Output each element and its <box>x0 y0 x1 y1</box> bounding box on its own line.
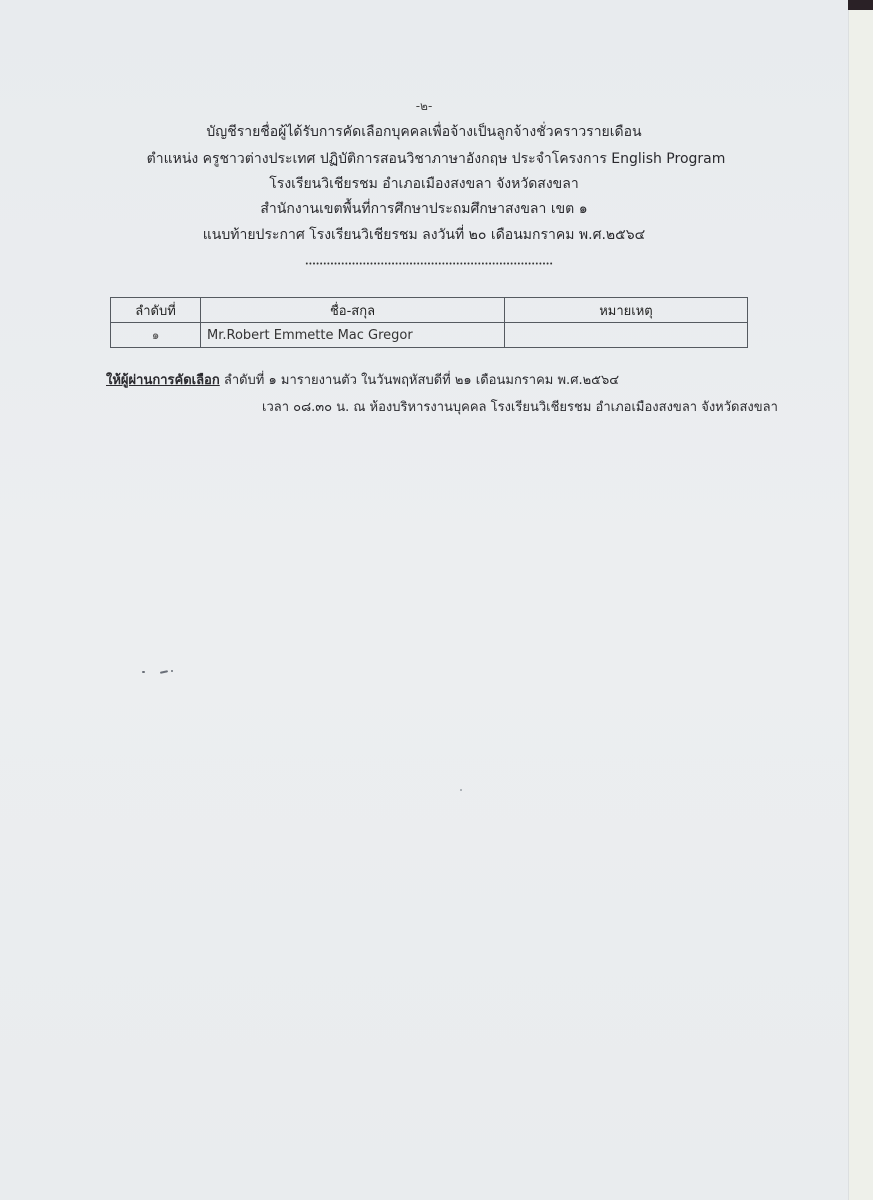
announcement-date-line: แนบท้ายประกาศ โรงเรียนวิเชียรชม ลงวันที่… <box>0 225 848 245</box>
scan-speck <box>142 671 145 673</box>
table-row: ๑ Mr.Robert Emmette Mac Gregor <box>111 323 748 348</box>
document-title: บัญชีรายชื่อผู้ได้รับการคัดเลือกบุคคลเพื… <box>0 122 848 142</box>
office-line: สำนักงานเขตพื้นที่การศึกษาประถมศึกษาสงขล… <box>0 199 848 219</box>
header-order: ลำดับที่ <box>111 298 201 323</box>
scanner-edge <box>848 0 873 1200</box>
scan-speck <box>160 670 168 674</box>
header-note: หมายเหตุ <box>505 298 748 323</box>
notice-lead: ให้ผู้ผ่านการคัดเลือก <box>106 373 220 388</box>
cell-note <box>505 323 748 348</box>
header-name: ชื่อ-สกุล <box>201 298 505 323</box>
dotted-separator <box>305 262 553 265</box>
selection-table: ลำดับที่ ชื่อ-สกุล หมายเหตุ ๑ Mr.Robert … <box>110 297 748 348</box>
cell-name: Mr.Robert Emmette Mac Gregor <box>201 323 505 348</box>
cell-order: ๑ <box>111 323 201 348</box>
scanner-corner <box>848 0 873 10</box>
position-line: ตำแหน่ง ครูชาวต่างประเทศ ปฏิบัติการสอนวิ… <box>12 149 860 169</box>
notice-line-2: เวลา ๐๘.๓๐ น. ณ ห้องบริหารงานบุคคล โรงเร… <box>262 398 778 418</box>
scan-speck <box>171 670 173 672</box>
table-header-row: ลำดับที่ ชื่อ-สกุล หมายเหตุ <box>111 298 748 323</box>
page-number: -๒- <box>0 96 848 116</box>
scanned-page: -๒- บัญชีรายชื่อผู้ได้รับการคัดเลือกบุคค… <box>0 0 848 1200</box>
notice-text-1: ลำดับที่ ๑ มารายงานตัว ในวันพฤหัสบดีที่ … <box>220 373 619 388</box>
scan-speck <box>460 789 462 791</box>
notice-line-1: ให้ผู้ผ่านการคัดเลือก ลำดับที่ ๑ มารายงา… <box>106 371 619 391</box>
school-line: โรงเรียนวิเชียรชม อำเภอเมืองสงขลา จังหวั… <box>0 174 848 194</box>
